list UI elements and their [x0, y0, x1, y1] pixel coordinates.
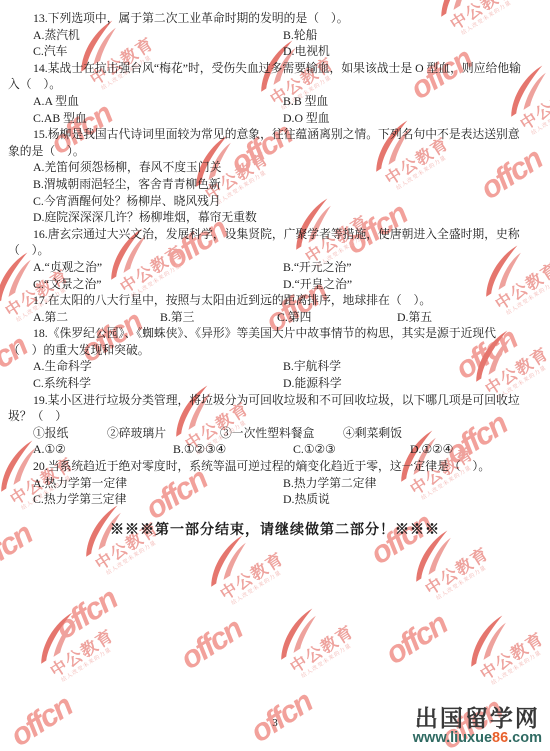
- option-text: B.轮船: [283, 27, 542, 44]
- watermark-zhonggong-text: 中公教育: [45, 622, 118, 681]
- question-16-options-row: C.“文景之治” D.“开皇之治”: [8, 276, 542, 293]
- option-text: A.热力学第一定律: [33, 475, 283, 492]
- option-text: D.O 型血: [283, 110, 542, 127]
- option-text: C.第四: [277, 309, 397, 326]
- question-18-stem: 18.《侏罗纪公园》、《蜘蛛侠》、《异形》等美国大片中故事情节的构思，其实是源于…: [8, 325, 542, 342]
- watermark-slogan-text: 给人改变未来的力量: [489, 648, 542, 687]
- question-15-stem-continuation: 象的是（ ）。: [8, 143, 542, 160]
- option-text: B.B 型血: [283, 93, 542, 110]
- option-text: B.渭城朝雨浥轻尘，客舍青青柳色新: [8, 176, 542, 193]
- question-13-options-row: C.汽车 D.电视机: [8, 43, 542, 60]
- question-20-stem: 20.当系统趋近于绝对零度时，系统等温可逆过程的熵变化趋近于零，这一定律是（ ）…: [8, 458, 542, 475]
- option-text: A.A 型血: [33, 93, 283, 110]
- item-text: ①报纸: [33, 425, 107, 442]
- exam-page-content: 13.下列选项中，属于第二次工业革命时期的发明的是（ ）。 A.蒸汽机 B.轮船…: [8, 10, 542, 540]
- option-text: A.①②: [33, 441, 173, 458]
- option-text: D.能源科学: [283, 375, 542, 392]
- brand-url: www.liuxue86.com: [413, 731, 542, 746]
- watermark-zhonggong-text: 中公教育: [420, 540, 493, 599]
- section-separator: ※※※第一部分结束，请继续做第二部分！※※※: [8, 522, 542, 540]
- option-text: D.①②④: [410, 441, 542, 458]
- option-text: C.“文景之治”: [33, 276, 283, 293]
- option-text: A.第二: [33, 309, 160, 326]
- option-text: D.电视机: [283, 43, 542, 60]
- question-15-stem: 15.杨柳是我国古代诗词里面较为常见的意象，往往蕴涵离别之情。下列名句中不是表达…: [8, 126, 542, 143]
- option-text: A.生命科学: [33, 358, 283, 375]
- question-18-options-row: A.生命科学 B.宇航科学: [8, 358, 542, 375]
- option-text: D.热质说: [283, 491, 542, 508]
- watermark-swoosh-icon: [194, 533, 259, 590]
- watermark-zhonggong-text: 中公教育: [285, 618, 358, 677]
- brand-site-name: 出国留学网: [413, 706, 542, 731]
- watermark-zhonggong-text: 中公教育: [215, 545, 288, 604]
- option-text: C.AB 型血: [33, 110, 283, 127]
- question-16-stem-continuation: （ ）。: [8, 242, 542, 259]
- brand-url-suffix: .com: [508, 730, 542, 746]
- watermark-slogan-text: 给人改变未来的力量: [299, 641, 352, 680]
- option-text: C.①②③: [293, 441, 410, 458]
- footer-brand: 出国留学网 www.liuxue86.com: [413, 706, 542, 746]
- brand-url-prefix: www.liuxue: [413, 730, 492, 746]
- brand-url-highlight: 86: [492, 730, 508, 746]
- watermark-offcn-text: offcn: [49, 581, 123, 647]
- option-text: C.今宵酒醒何处？杨柳岸、晓风残月: [8, 193, 542, 210]
- option-text: D.庭院深深深几许？杨柳堆烟，幕帘无重数: [8, 209, 542, 226]
- watermark-swoosh-icon: [454, 613, 519, 670]
- question-16-options-row: A.“贞观之治” B.“开元之治”: [8, 259, 542, 276]
- option-text: B.宇航科学: [283, 358, 542, 375]
- watermark-offcn-text: offcn: [174, 611, 248, 677]
- option-text: B.“开元之治”: [283, 259, 542, 276]
- watermark-slogan-text: 给人改变未来的力量: [59, 645, 112, 684]
- question-19-stem: 19.某小区进行垃圾分类管理，将垃圾分为可回收垃圾和不可回收垃圾，以下哪几项是可…: [8, 392, 542, 409]
- question-18-stem-continuation: （ ）的重大发现和突破。: [8, 342, 542, 359]
- question-19-options-row: A.①② B.①②③④ C.①②③ D.①②④: [8, 441, 542, 458]
- option-text: B.①②③④: [173, 441, 293, 458]
- question-13-options-row: A.蒸汽机 B.轮船: [8, 27, 542, 44]
- watermark-slogan-text: 给人改变未来的力量: [104, 538, 157, 577]
- option-text: C.系统科学: [33, 375, 283, 392]
- option-text: D.第五: [397, 309, 542, 326]
- question-19-items-row: ①报纸 ②碎玻璃片 ③一次性塑料餐盒 ④剩菜剩饭: [8, 425, 542, 442]
- question-16-stem: 16.唐玄宗通过大兴文治，发展科学，设集贤院，广聚学者等措施，使唐朝进入全盛时期…: [8, 226, 542, 243]
- watermark-slogan-text: 给人改变未来的力量: [229, 568, 282, 607]
- question-17-stem: 17.在太阳的八大行星中，按照与太阳由近到远的距离排序，地球排在（ ）。: [8, 292, 542, 309]
- option-text: D.“开皇之治”: [283, 276, 542, 293]
- question-17-options-row: A.第二 B.第三 C.第四 D.第五: [8, 309, 542, 326]
- question-13-stem: 13.下列选项中，属于第二次工业革命时期的发明的是（ ）。: [8, 10, 542, 27]
- option-text: C.热力学第三定律: [33, 491, 283, 508]
- question-14-stem: 14.某战士在抗击强台风“梅花”时，受伤失血过多需要输血，如果该战士是 O 型血…: [8, 60, 542, 77]
- option-text: C.汽车: [33, 43, 283, 60]
- option-text: A.羌笛何须怨杨柳，春风不度玉门关: [8, 159, 542, 176]
- question-19-stem-continuation: 圾？（ ）: [8, 408, 542, 425]
- option-text: B.第三: [160, 309, 277, 326]
- option-text: B.热力学第二定律: [283, 475, 542, 492]
- question-14-stem-continuation: 入（ ）。: [8, 76, 542, 93]
- watermark-swoosh-icon: [264, 606, 329, 663]
- item-text: ③一次性塑料餐盒: [220, 425, 343, 442]
- option-text: A.蒸汽机: [33, 27, 283, 44]
- item-text: ④剩菜剩饭: [343, 425, 542, 442]
- watermark-offcn-text: offcn: [379, 606, 453, 672]
- question-14-options-row: A.A 型血 B.B 型血: [8, 93, 542, 110]
- watermark-slogan-text: 给人改变未来的力量: [434, 563, 487, 602]
- question-18-options-row: C.系统科学 D.能源科学: [8, 375, 542, 392]
- question-14-options-row: C.AB 型血 D.O 型血: [8, 110, 542, 127]
- watermark-swoosh-icon: [24, 610, 89, 667]
- item-text: ②碎玻璃片: [107, 425, 220, 442]
- question-20-options-row: A.热力学第一定律 B.热力学第二定律: [8, 475, 542, 492]
- option-text: A.“贞观之治”: [33, 259, 283, 276]
- watermark-zhonggong-text: 中公教育: [475, 625, 548, 684]
- question-20-options-row: C.热力学第三定律 D.热质说: [8, 491, 542, 508]
